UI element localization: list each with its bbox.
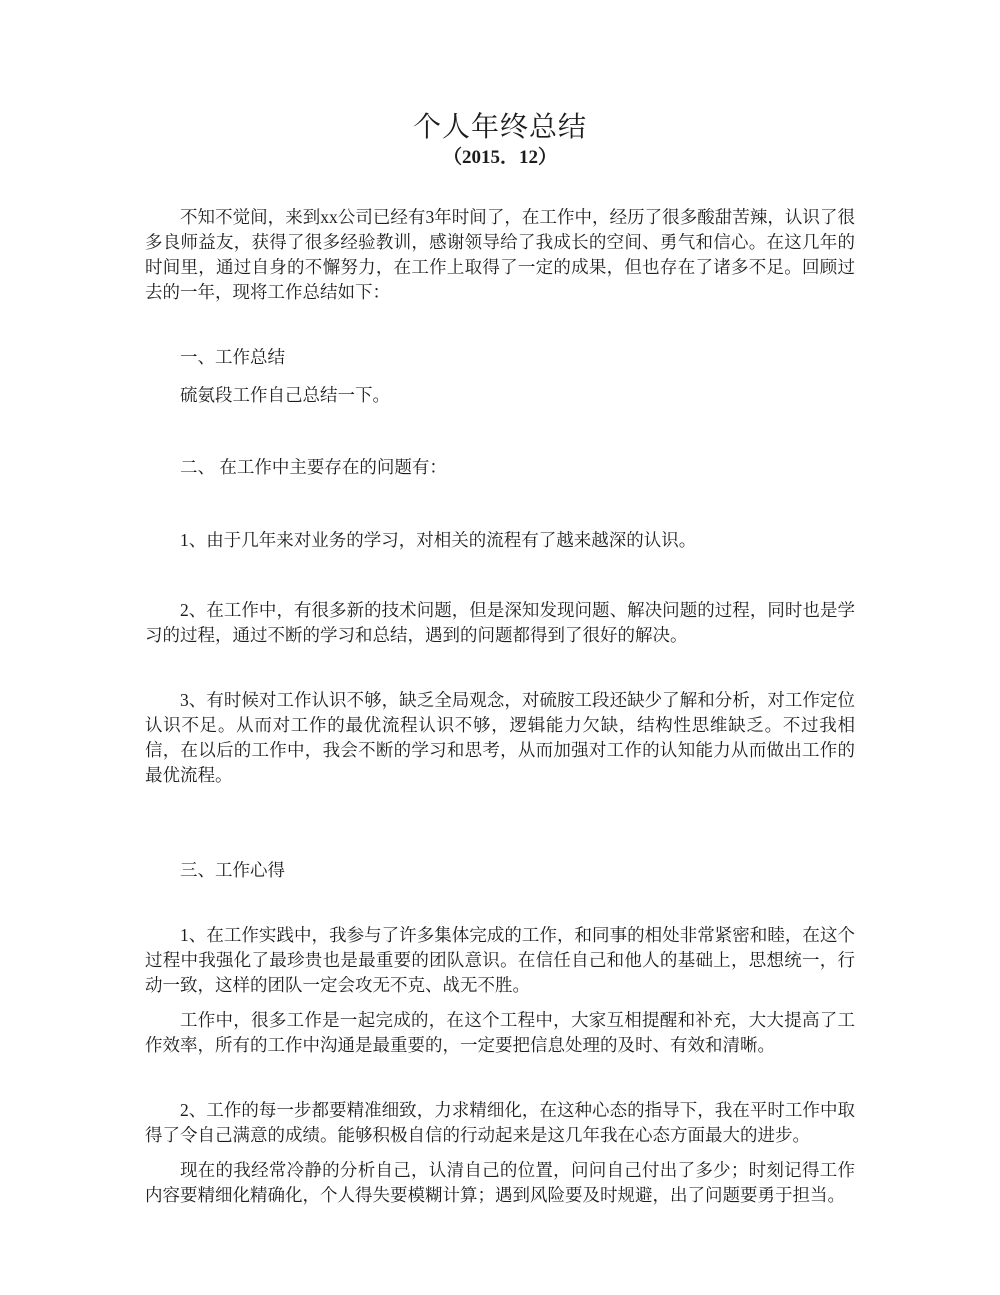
document-content: 个人年终总结 （2015．12） 不知不觉间，来到xx公司已经有3年时间了，在工… [0, 110, 1000, 1208]
section-heading: 三、工作心得 [145, 858, 855, 883]
doc-date-subtitle: （2015．12） [145, 146, 855, 170]
body-paragraph: 不知不觉间，来到xx公司已经有3年时间了，在工作中，经历了很多酸甜苦辣，认识了很… [145, 205, 855, 305]
body-paragraph: 3、有时候对工作认识不够，缺乏全局观念，对硫胺工段还缺少了解和分析，对工作定位认… [145, 688, 855, 788]
page-title: 个人年终总结 [145, 110, 855, 146]
section-heading: 一、工作总结 [145, 345, 855, 370]
body-paragraph: 2、工作的每一步都要精准细致，力求精细化，在这种心态的指导下，我在平时工作中取得… [145, 1098, 855, 1148]
document-page: 个人年终总结 （2015．12） 不知不觉间，来到xx公司已经有3年时间了，在工… [0, 0, 1000, 1295]
body-paragraph: 工作中，很多工作是一起完成的，在这个工程中，大家互相提醒和补充，大大提高了工作效… [145, 1008, 855, 1058]
body-paragraph: 1、在工作实践中，我参与了许多集体完成的工作，和同事的相处非常紧密和睦，在这个过… [145, 923, 855, 998]
body-paragraph: 现在的我经常冷静的分析自己，认清自己的位置，问问自己付出了多少；时刻记得工作内容… [145, 1158, 855, 1208]
body-paragraph: 1、由于几年来对业务的学习，对相关的流程有了越来越深的认识。 [145, 528, 855, 553]
body-paragraph: 2、在工作中，有很多新的技术问题，但是深知发现问题、解决问题的过程，同时也是学习… [145, 598, 855, 648]
section-heading: 二、 在工作中主要存在的问题有： [145, 455, 855, 480]
body-paragraph: 硫氨段工作自己总结一下。 [145, 383, 855, 408]
